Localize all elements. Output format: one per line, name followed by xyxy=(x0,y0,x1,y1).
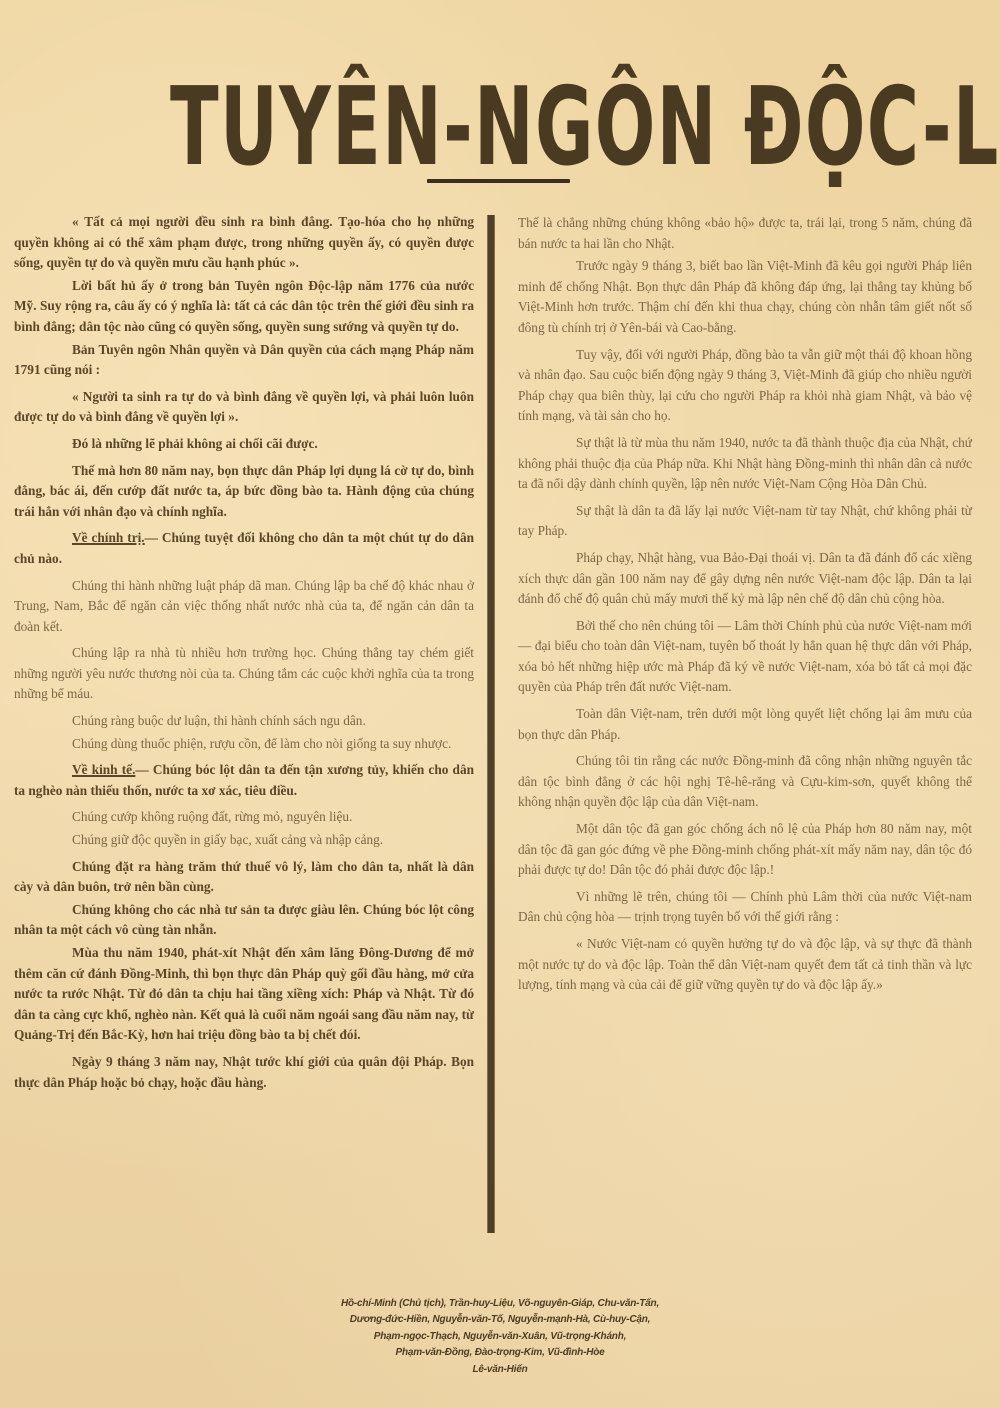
title-underline xyxy=(427,179,570,183)
signature-line: Lê-văn-Hiến xyxy=(290,1362,710,1378)
paragraph: Chúng lập ra nhà tù nhiều hơn trường học… xyxy=(14,643,474,705)
paragraph: Một dân tộc đã gan góc chống ách nô lệ c… xyxy=(518,819,972,881)
paragraph: Thế mà hơn 80 năm nay, bọn thực dân Pháp… xyxy=(14,461,474,523)
paragraph: Chúng cướp không ruộng đất, rừng mỏ, ngu… xyxy=(14,807,474,828)
paragraph: Bản Tuyên ngôn Nhân quyền và Dân quyền c… xyxy=(14,340,474,381)
paragraph: Thế là chẳng những chúng không «bảo hộ» … xyxy=(518,213,972,254)
signature-line: Phạm-ngọc-Thạch, Nguyễn-văn-Xuân, Vũ-trọ… xyxy=(290,1329,710,1345)
document-header: TUYÊN-NGÔN ĐỘC-LẬP xyxy=(0,30,1000,160)
paragraph: Chúng dùng thuốc phiện, rượu cồn, để làm… xyxy=(14,734,474,755)
section-politics: Về chính trị.— Chúng tuyệt đối không cho… xyxy=(14,528,474,569)
paragraph: Mùa thu năm 1940, phát-xít Nhật đến xâm … xyxy=(14,943,474,1046)
section-economy: Về kinh tế.— Chúng bóc lột dân ta đến tậ… xyxy=(14,760,474,801)
paragraph: Chúng ràng buộc dư luận, thi hành chính … xyxy=(14,711,474,732)
section-heading-politics: Về chính trị. xyxy=(72,530,145,545)
signatories-block: Hồ-chí-Minh (Chủ tịch), Trần-huy-Liệu, V… xyxy=(290,1296,710,1378)
section-heading-economy: Về kinh tế. xyxy=(72,762,135,777)
paragraph: Sự thật là từ mùa thu năm 1940, nước ta … xyxy=(518,433,972,495)
paragraph-quote-france: « Người ta sinh ra tự do và bình đẳng về… xyxy=(14,387,474,428)
paragraph: Trước ngày 9 tháng 3, biết bao lần Việt-… xyxy=(518,256,972,338)
paragraph: Bởi thế cho nên chúng tôi — Lâm thời Chí… xyxy=(518,616,972,698)
column-divider xyxy=(487,215,495,1233)
paragraph: Ngày 9 tháng 3 năm nay, Nhật tước khí gi… xyxy=(14,1052,474,1093)
paragraph: Tuy vậy, đối với người Pháp, đồng bào ta… xyxy=(518,345,972,427)
paragraph: Đó là những lẽ phải không ai chối cãi đư… xyxy=(14,434,474,455)
paragraph: Pháp chạy, Nhật hàng, vua Bảo-Đại thoái … xyxy=(518,548,972,610)
paragraph: Toàn dân Việt-nam, trên dưới một lòng qu… xyxy=(518,704,972,745)
paragraph: Lời bất hủ ấy ở trong bản Tuyên ngôn Độc… xyxy=(14,276,474,338)
paragraph: Chúng tôi tin rằng các nước Đồng-minh đã… xyxy=(518,751,972,813)
paragraph-quote-us: « Tất cả mọi người đều sinh ra bình đẳng… xyxy=(14,212,474,274)
paragraph: Vì những lẽ trên, chúng tôi — Chính phủ … xyxy=(518,887,972,928)
paragraph-declaration-quote: « Nước Việt-nam có quyền hưởng tự do và … xyxy=(518,934,972,996)
document-title: TUYÊN-NGÔN ĐỘC-LẬP xyxy=(170,68,830,188)
signature-line: Hồ-chí-Minh (Chủ tịch), Trần-huy-Liệu, V… xyxy=(290,1296,710,1312)
paragraph: Chúng giữ độc quyền in giấy bạc, xuất cả… xyxy=(14,830,474,851)
paragraph: Chúng đặt ra hàng trăm thứ thuế vô lý, l… xyxy=(14,857,474,898)
signature-line: Phạm-văn-Đồng, Đào-trọng-Kim, Vũ-đình-Hò… xyxy=(290,1345,710,1361)
paragraph: Sự thật là dân ta đã lấy lại nước Việt-n… xyxy=(518,501,972,542)
right-column: Thế là chẳng những chúng không «bảo hộ» … xyxy=(518,213,972,998)
signature-line: Dương-đức-Hiền, Nguyễn-văn-Tố, Nguyễn-mạ… xyxy=(290,1312,710,1328)
left-column: « Tất cả mọi người đều sinh ra bình đẳng… xyxy=(14,212,474,1095)
paragraph: Chúng không cho các nhà tư sản ta được g… xyxy=(14,900,474,941)
paragraph: Chúng thi hành những luật pháp dã man. C… xyxy=(14,576,474,638)
